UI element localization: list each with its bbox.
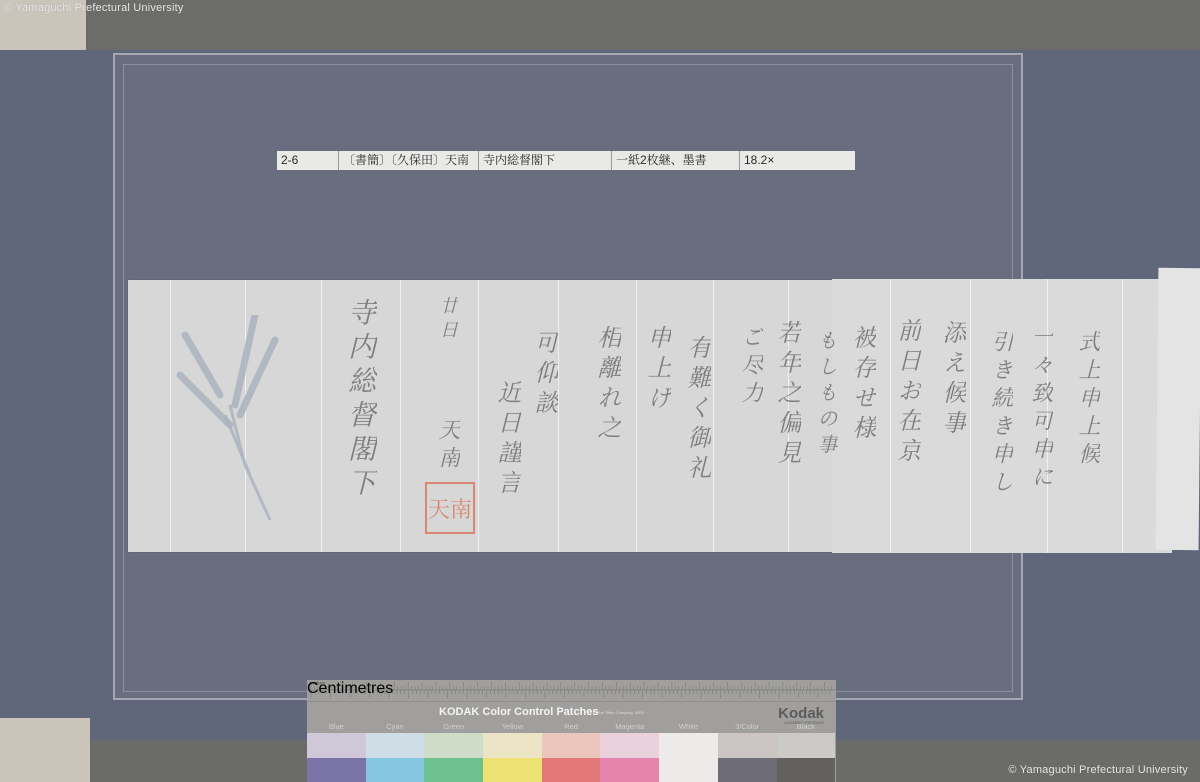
patch-name-green: Green [424,722,483,731]
patch-3color [718,733,777,782]
color-patches [307,733,836,782]
kodak-color-card: Inches KODAK Color Control Patches © The… [307,680,836,782]
date-column: 廿日 [434,296,460,344]
patch-dark [307,758,366,782]
patch-light [483,733,542,758]
patch-name-red: Red [542,722,601,731]
body-column-6: 被存せ様 [845,325,880,445]
patch-dark [424,758,483,782]
catalog-title: 〔書簡〕〔久保田〕天南 [339,151,479,170]
patch-name-white: White [659,722,718,731]
body-column-1: 式上申上候 [1072,330,1103,470]
patch-red [542,733,601,782]
leaf-sketch-icon [160,315,280,525]
body-column-12: 相離れ之 [590,325,625,445]
patch-dark [659,758,718,782]
patch-light [307,733,366,758]
patch-dark [542,758,601,782]
patch-name-yellow: Yellow [483,722,542,731]
patch-magenta [600,733,659,782]
body-column-9: ご尽力 [735,325,766,409]
patch-light [718,733,777,758]
catalog-id: 2-6 [277,151,339,170]
patch-dark [600,758,659,782]
body-column-10: 有難く御礼 [680,335,715,485]
patch-light [366,733,425,758]
body-column-11: 申上げ [640,325,675,415]
ruler-cm-label: Centimetres [307,680,393,698]
body-column-4: 添え候事 [935,320,970,440]
patch-white [659,733,718,782]
body-column-7: もしもの事 [812,330,841,460]
red-seal-stamp: 天南 [425,482,475,534]
patch-green [424,733,483,782]
body-column-2: 一々致可申に [1025,325,1056,493]
background-strip-top [86,0,1200,50]
patch-cyan [366,733,425,782]
patch-light [600,733,659,758]
copyright-bottom: © Yamaguchi Prefectural University [1008,764,1188,776]
body-column-5: 前日お在京 [890,318,925,468]
catalog-size: 18.2× [740,151,855,170]
patch-name-magenta: Magenta [600,722,659,731]
catalog-label: 2-6 〔書簡〕〔久保田〕天南 寺内総督閣下 一紙2枚継、墨書 18.2× [277,151,855,170]
patch-dark [718,758,777,782]
patch-names: Blue Cyan Green Yellow Red Magenta White… [307,722,836,731]
patch-blue [307,733,366,782]
body-column-13: 可仰談 [527,330,562,420]
catalog-format: 一紙2枚継、墨書 [612,151,740,170]
patch-light [777,733,836,758]
address-column: 寺内総督閣下 [340,298,380,502]
patch-dark [483,758,542,782]
patch-light [542,733,601,758]
copyright-top: © Yamaguchi Prefectural University [4,2,184,14]
tan-board-bottom [0,718,90,782]
kodak-card-title: KODAK Color Control Patches [439,706,599,718]
body-column-8: 若年之偏見 [770,320,805,470]
catalog-recipient: 寺内総督閣下 [479,151,612,170]
patch-black [777,733,836,782]
letter-sheet-edge [1156,268,1200,550]
kodak-card-copyright: © The Tiffen Company, 2000 [593,710,644,715]
patch-yellow [483,733,542,782]
body-column-14: 近日謹言 [490,380,525,500]
body-column-3: 引き続き申し [985,330,1016,498]
patch-name-3color: 3/Color [718,722,777,731]
patch-name-black: Black [777,722,836,731]
patch-light [424,733,483,758]
patch-light [659,733,718,758]
patch-dark [777,758,836,782]
patch-dark [366,758,425,782]
patch-name-blue: Blue [307,722,366,731]
archive-photo: © Yamaguchi Prefectural University 2-6 〔… [0,0,1200,782]
sender-column: 天南 [432,418,463,474]
patch-name-cyan: Cyan [366,722,425,731]
